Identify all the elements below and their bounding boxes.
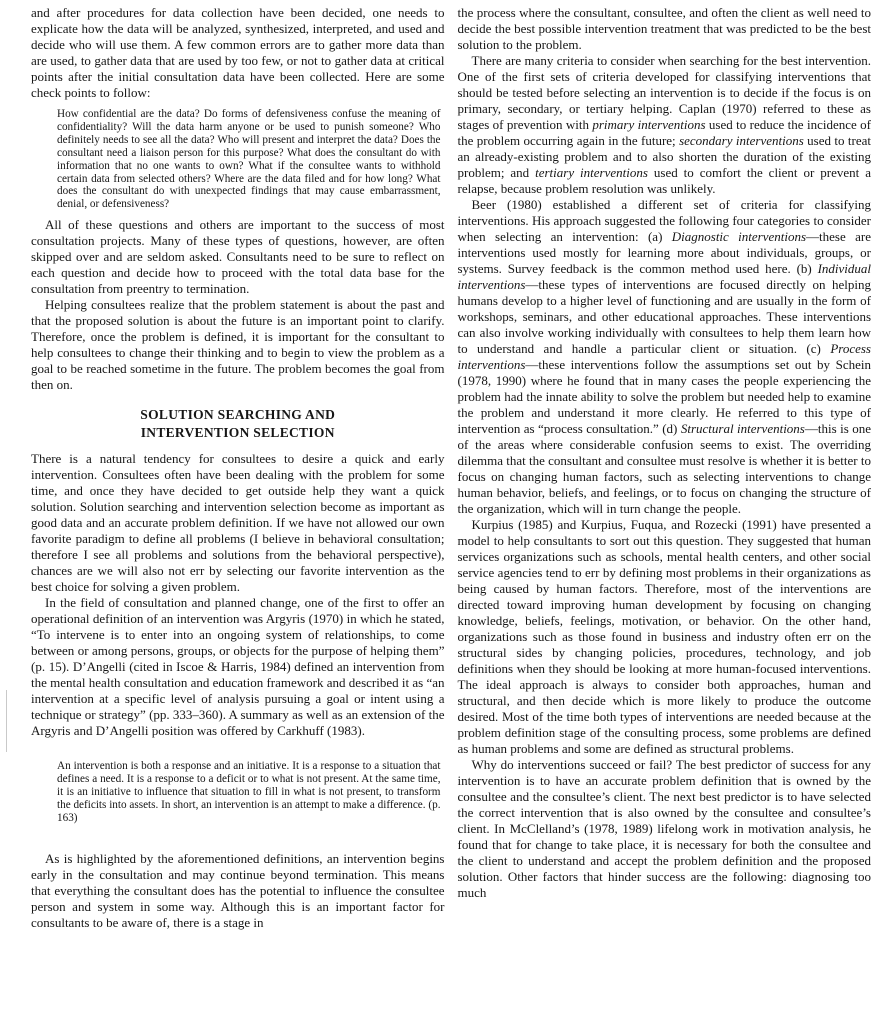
text-run: An intervention is both a response and a… <box>57 760 441 824</box>
paragraph: Beer (1980) established a different set … <box>458 197 872 517</box>
block-quote: An intervention is both a response and a… <box>57 760 441 825</box>
italic-text-run: secondary interventions <box>679 133 804 148</box>
section-heading-line: INTERVENTION SELECTION <box>31 424 445 442</box>
paragraph: All of these questions and others are im… <box>31 217 445 297</box>
text-run: Helping consultees realize that the prob… <box>31 297 445 392</box>
section-heading-line: SOLUTION SEARCHING AND <box>31 406 445 424</box>
italic-text-run: Structural interventions <box>681 421 805 436</box>
italic-text-run: primary interventions <box>592 117 705 132</box>
text-run: How confidential are the data? Do forms … <box>57 108 441 210</box>
block-quote: How confidential are the data? Do forms … <box>57 108 441 211</box>
text-run: There is a natural tendency for consulte… <box>31 451 445 594</box>
paragraph: There is a natural tendency for consulte… <box>31 451 445 595</box>
text-run: Kurpius (1985) and Kurpius, Fuqua, and R… <box>458 517 872 756</box>
text-run: In the field of consultation and planned… <box>31 595 445 738</box>
text-run: Why do interventions succeed or fail? Th… <box>458 757 872 900</box>
document-page: and after procedures for data collection… <box>0 0 879 1024</box>
paragraph: the process where the consultant, consul… <box>458 5 872 53</box>
left-column: and after procedures for data collection… <box>31 5 445 931</box>
text-run: All of these questions and others are im… <box>31 217 445 296</box>
text-run: As is highlighted by the aforementioned … <box>31 851 445 930</box>
italic-text-run: tertiary interventions <box>535 165 648 180</box>
text-run: the process where the consultant, consul… <box>458 5 872 52</box>
right-column: the process where the consultant, consul… <box>458 5 872 931</box>
scan-artifact-line <box>6 690 7 752</box>
paragraph: Helping consultees realize that the prob… <box>31 297 445 393</box>
paragraph: Kurpius (1985) and Kurpius, Fuqua, and R… <box>458 517 872 757</box>
paragraph: There are many criteria to consider when… <box>458 53 872 197</box>
paragraph: and after procedures for data collection… <box>31 5 445 101</box>
section-heading: SOLUTION SEARCHING ANDINTERVENTION SELEC… <box>31 406 445 442</box>
two-column-layout: and after procedures for data collection… <box>31 5 871 931</box>
paragraph: As is highlighted by the aforementioned … <box>31 851 445 931</box>
italic-text-run: Diagnostic interventions <box>672 229 806 244</box>
paragraph: In the field of consultation and planned… <box>31 595 445 739</box>
text-run: and after procedures for data collection… <box>31 5 445 100</box>
paragraph: Why do interventions succeed or fail? Th… <box>458 757 872 901</box>
